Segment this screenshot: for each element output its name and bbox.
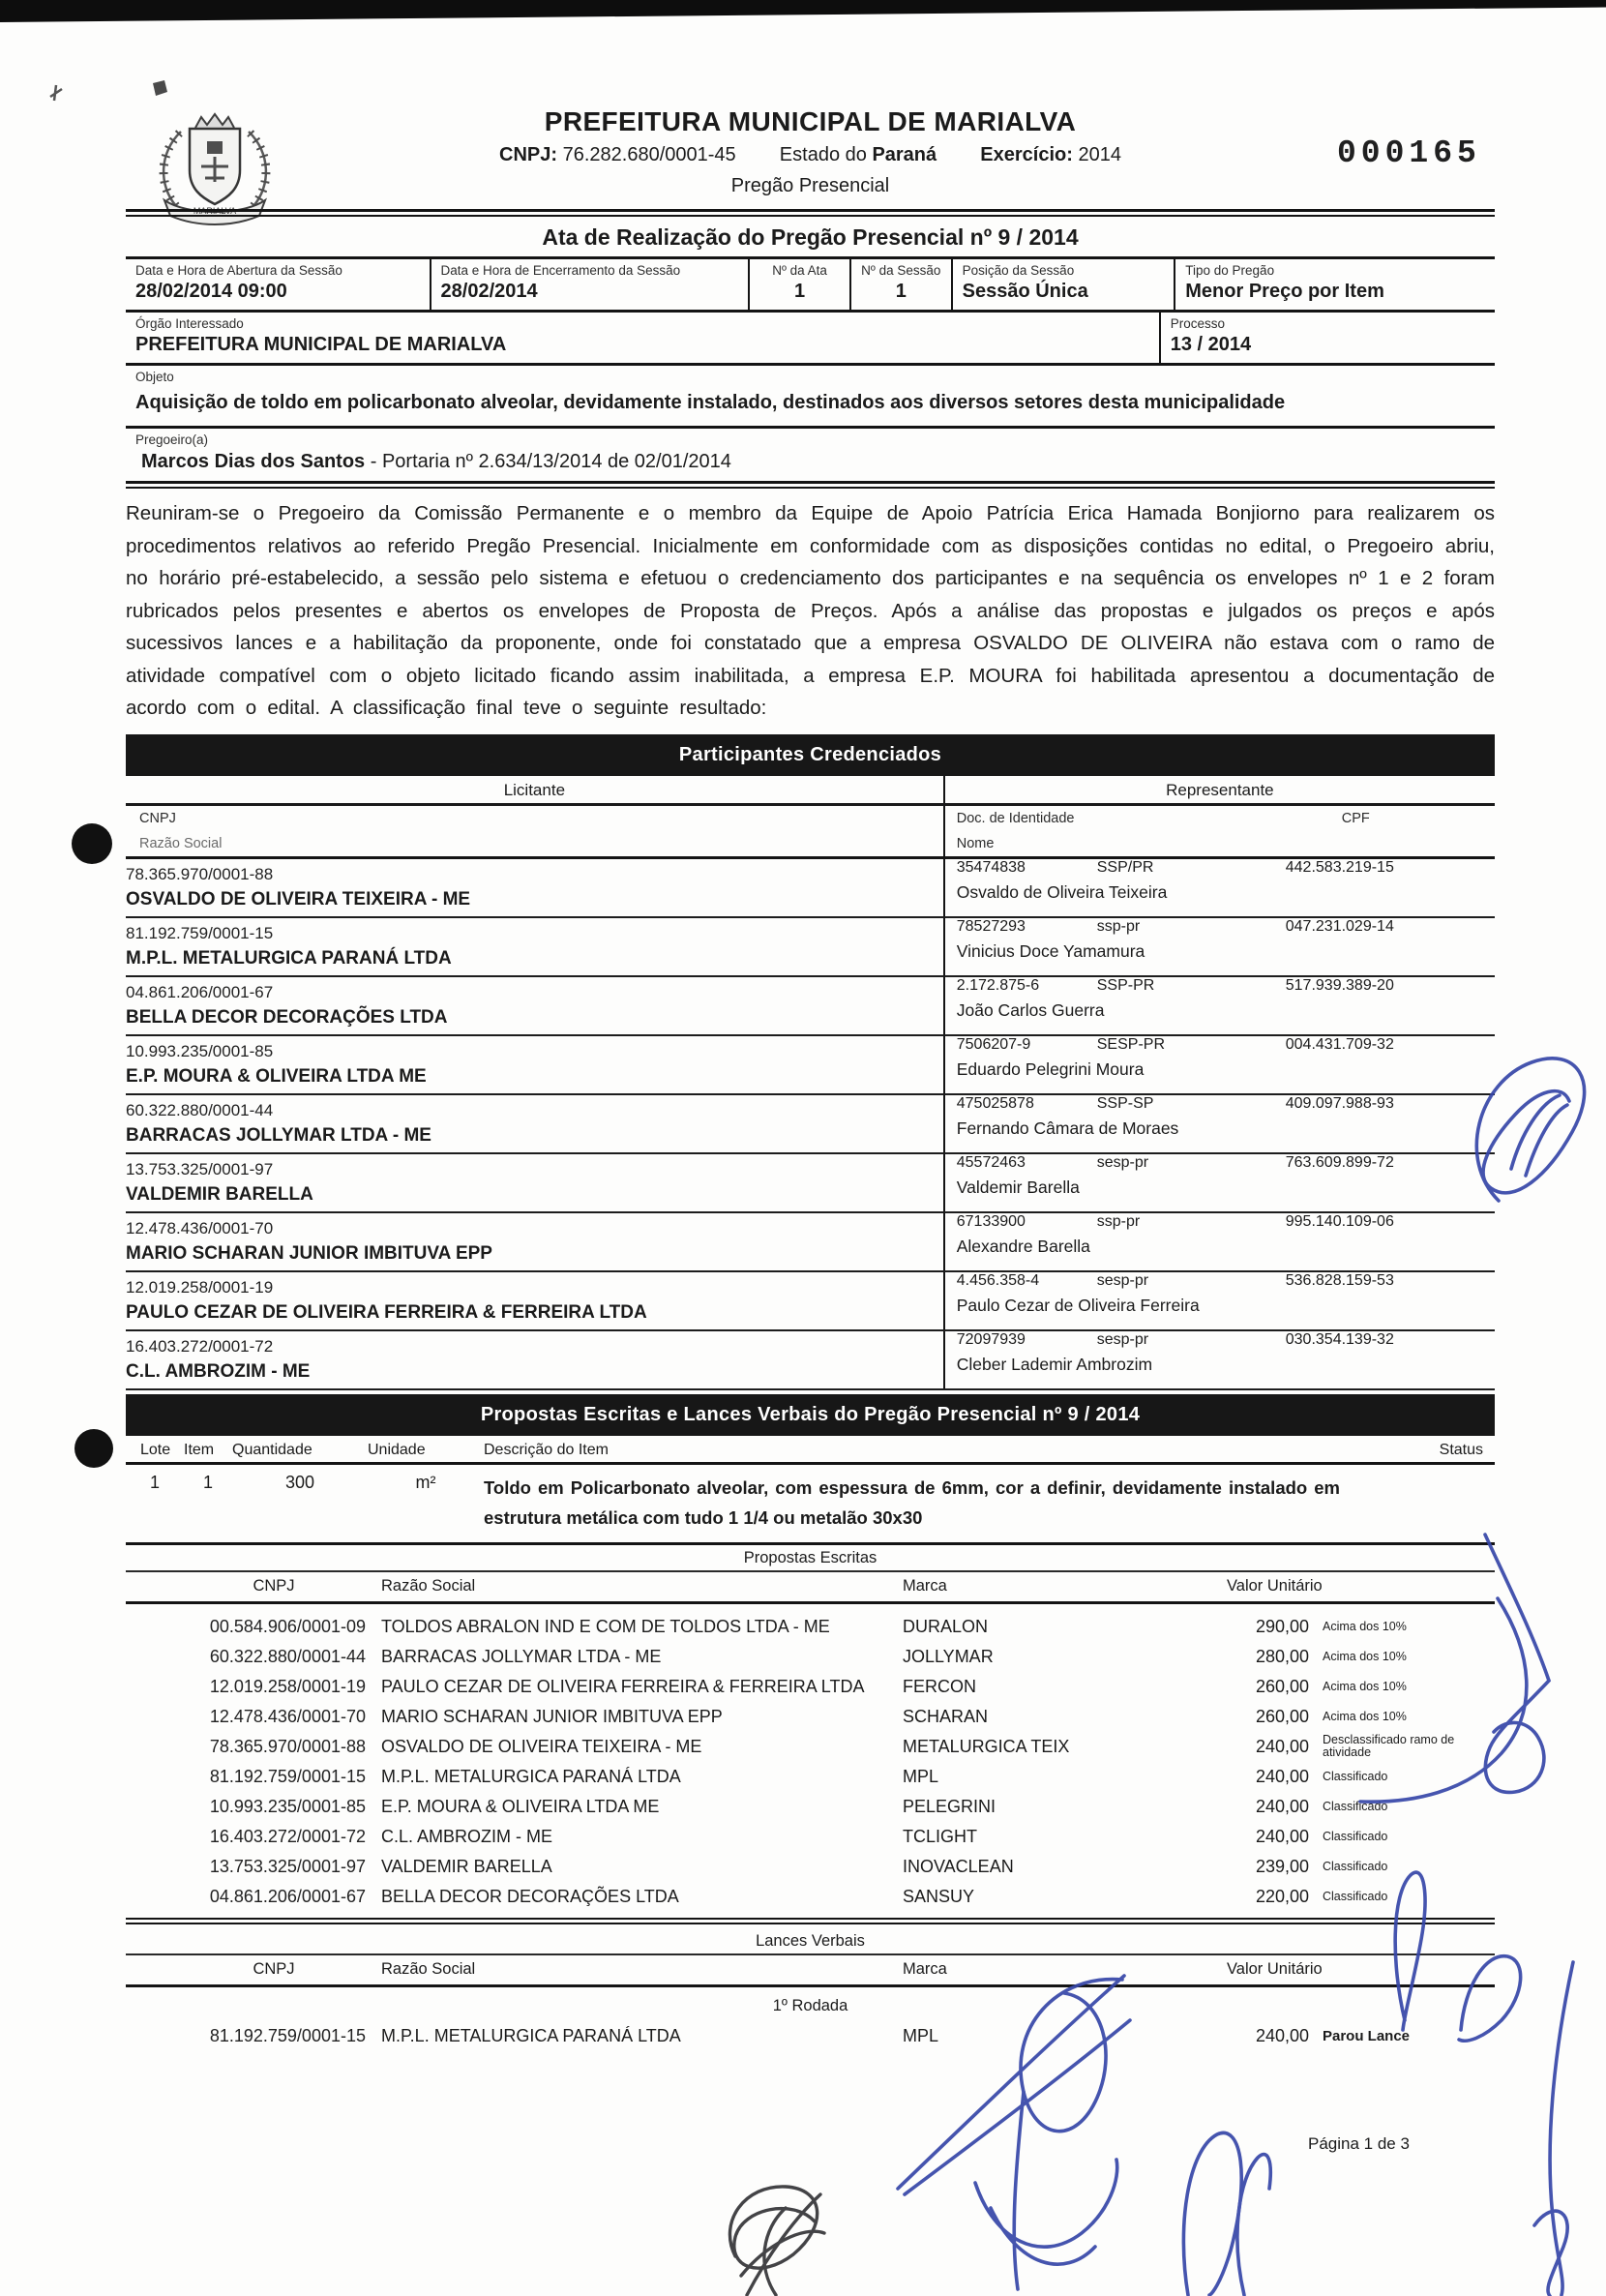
participant-cnpj: 13.753.325/0001-97 — [126, 1160, 943, 1179]
participant-razao-social: BELLA DECOR DECORAÇÕES LTDA — [126, 1007, 943, 1029]
proposta-valor: 260,00 — [1145, 1702, 1309, 1732]
representative-cpf: 442.583.219-15 — [1286, 859, 1495, 877]
representative-doc-org: sesp-pr — [1097, 1331, 1286, 1349]
nome-col-label: Nome — [945, 831, 1495, 856]
proposta-marca: PELEGRINI — [903, 1792, 1145, 1822]
participant-cnpj: 16.403.272/0001-72 — [126, 1337, 943, 1357]
proposta-row: 60.322.880/0001-44 BARRACAS JOLLYMAR LTD… — [126, 1642, 1495, 1672]
participant-razao-social: M.P.L. METALURGICA PARANÁ LTDA — [126, 948, 943, 969]
representative-doc: 4.456.358-4 — [957, 1272, 1097, 1290]
representative-doc-org: ssp-pr — [1097, 1213, 1286, 1231]
proposta-row: 12.478.436/0001-70 MARIO SCHARAN JUNIOR … — [126, 1702, 1495, 1732]
escritas-header: CNPJ Razão Social Marca Valor Unitário — [126, 1572, 1495, 1604]
proposta-row: 10.993.235/0001-85 E.P. MOURA & OLIVEIRA… — [126, 1792, 1495, 1822]
ata-title: Ata de Realização do Pregão Presencial n… — [126, 224, 1495, 251]
proposta-marca: JOLLYMAR — [903, 1642, 1145, 1672]
proposta-row: 00.584.906/0001-09 TOLDOS ABRALON IND E … — [126, 1612, 1495, 1642]
representative-doc-org: sesp-pr — [1097, 1154, 1286, 1172]
scan-speck — [50, 85, 62, 101]
proposta-marca: TCLIGHT — [903, 1822, 1145, 1852]
participant-row: 04.861.206/0001-67 BELLA DECOR DECORAÇÕE… — [126, 977, 1495, 1036]
proposta-razao: PAULO CEZAR DE OLIVEIRA FERREIRA & FERRE… — [366, 1672, 903, 1702]
field-orgao: Órgão Interessado PREFEITURA MUNICIPAL D… — [126, 313, 1161, 363]
cnpj-value: 76.282.680/0001-45 — [563, 144, 736, 165]
descricao-label: Descrição do Item — [484, 1442, 1408, 1459]
proposta-row: 04.861.206/0001-67 BELLA DECOR DECORAÇÕE… — [126, 1882, 1495, 1912]
signature-ink-black — [729, 2187, 824, 2295]
proposta-row: 16.403.272/0001-72 C.L. AMBROZIM - ME TC… — [126, 1822, 1495, 1852]
lance-cnpj: 81.192.759/0001-15 — [182, 2021, 366, 2051]
proposta-status: Acima dos 10% — [1309, 1711, 1495, 1723]
proposta-marca: SCHARAN — [903, 1702, 1145, 1732]
modalidade-subtitle: Pregão Presencial — [126, 175, 1495, 197]
cnpj-label: CNPJ: — [499, 144, 557, 165]
proposta-valor: 260,00 — [1145, 1672, 1309, 1702]
proposals-banner: Propostas Escritas e Lances Verbais do P… — [126, 1394, 1495, 1436]
participant-cnpj: 10.993.235/0001-85 — [126, 1042, 943, 1061]
participants-rows: 78.365.970/0001-88 OSVALDO DE OLIVEIRA T… — [126, 859, 1495, 1390]
item-quantidade: 300 — [232, 1473, 368, 1533]
proposta-cnpj: 60.322.880/0001-44 — [182, 1642, 366, 1672]
proposta-row: 13.753.325/0001-97 VALDEMIR BARELLA INOV… — [126, 1852, 1495, 1882]
field-encerramento: Data e Hora de Encerramento da Sessão 28… — [431, 259, 751, 310]
proposta-valor: 240,00 — [1145, 1732, 1309, 1762]
proposta-status: Acima dos 10% — [1309, 1681, 1495, 1693]
representative-name: Alexandre Barella — [945, 1231, 1495, 1261]
representative-name: João Carlos Guerra — [945, 995, 1495, 1025]
scanned-document-page: 000165 MARIALVA PREFEITURA MUNICIPAL DE … — [0, 0, 1606, 2296]
representative-doc-org: sesp-pr — [1097, 1272, 1286, 1290]
item-descricao: Toldo em Policarbonato alveolar, com esp… — [484, 1473, 1340, 1533]
proposta-valor: 280,00 — [1145, 1642, 1309, 1672]
document-header: PREFEITURA MUNICIPAL DE MARIALVA CNPJ: 7… — [126, 0, 1495, 197]
participant-razao-social: MARIO SCHARAN JUNIOR IMBITUVA EPP — [126, 1243, 943, 1265]
ata-form-table: Data e Hora de Abertura da Sessão 28/02/… — [126, 256, 1495, 489]
participant-row: 10.993.235/0001-85 E.P. MOURA & OLIVEIRA… — [126, 1036, 1495, 1095]
participant-row: 13.753.325/0001-97 VALDEMIR BARELLA 4557… — [126, 1154, 1495, 1213]
cnpj-col-label: CNPJ — [139, 806, 943, 831]
escritas-razao-label: Razão Social — [366, 1577, 903, 1595]
proposta-status: Classificado — [1309, 1801, 1495, 1813]
proposta-cnpj: 00.584.906/0001-09 — [182, 1612, 366, 1642]
representative-cpf: 030.354.139-32 — [1286, 1331, 1495, 1349]
participant-row: 60.322.880/0001-44 BARRACAS JOLLYMAR LTD… — [126, 1095, 1495, 1154]
representative-doc-org: SSP-PR — [1097, 977, 1286, 995]
representative-name: Valdemir Barella — [945, 1172, 1495, 1202]
proposta-cnpj: 78.365.970/0001-88 — [182, 1732, 366, 1762]
participant-razao-social: C.L. AMBROZIM - ME — [126, 1361, 943, 1383]
proposta-valor: 239,00 — [1145, 1852, 1309, 1882]
lances-header: CNPJ Razão Social Marca Valor Unitário — [126, 1955, 1495, 1987]
participants-column-header: CNPJ Razão Social Doc. de Identidade CPF… — [126, 806, 1495, 859]
proposta-razao: OSVALDO DE OLIVEIRA TEIXEIRA - ME — [366, 1732, 903, 1762]
proposta-cnpj: 12.478.436/0001-70 — [182, 1702, 366, 1732]
representative-doc: 35474838 — [957, 859, 1097, 877]
proposta-valor: 240,00 — [1145, 1762, 1309, 1792]
lance-razao: M.P.L. METALURGICA PARANÁ LTDA — [366, 2021, 903, 2051]
proposta-marca: SANSUY — [903, 1882, 1145, 1912]
item-table-header: Lote Item Quantidade Unidade Descrição d… — [126, 1436, 1495, 1465]
lances-razao-label: Razão Social — [366, 1960, 903, 1979]
cpf-col-label: CPF — [1286, 806, 1495, 831]
participant-cnpj: 81.192.759/0001-15 — [126, 924, 943, 943]
representative-name: Vinicius Doce Yamamura — [945, 936, 1495, 966]
item-lote: 1 — [126, 1473, 184, 1533]
representative-doc-org: SSP/PR — [1097, 859, 1286, 877]
representative-doc: 475025878 — [957, 1095, 1097, 1113]
quantidade-label: Quantidade — [232, 1442, 368, 1459]
representative-doc: 78527293 — [957, 918, 1097, 936]
status-label: Status — [1408, 1442, 1495, 1459]
proposta-razao: MARIO SCHARAN JUNIOR IMBITUVA EPP — [366, 1702, 903, 1732]
representative-name: Eduardo Pelegrini Moura — [945, 1054, 1495, 1084]
representative-doc-org: ssp-pr — [1097, 918, 1286, 936]
participant-razao-social: BARRACAS JOLLYMAR LTDA - ME — [126, 1125, 943, 1147]
proposta-status: Acima dos 10% — [1309, 1651, 1495, 1663]
proposta-status: Classificado — [1309, 1771, 1495, 1783]
participant-cnpj: 12.019.258/0001-19 — [126, 1278, 943, 1297]
participant-row: 78.365.970/0001-88 OSVALDO DE OLIVEIRA T… — [126, 859, 1495, 918]
proposta-razao: BARRACAS JOLLYMAR LTDA - ME — [366, 1642, 903, 1672]
escritas-subtitle: Propostas Escritas — [126, 1545, 1495, 1572]
proposta-cnpj: 04.861.206/0001-67 — [182, 1882, 366, 1912]
participant-row: 12.019.258/0001-19 PAULO CEZAR DE OLIVEI… — [126, 1272, 1495, 1331]
lance-status: Parou Lance — [1309, 2030, 1495, 2043]
proposta-status: Classificado — [1309, 1861, 1495, 1873]
rodada-label: 1º Rodada — [126, 1997, 1495, 2015]
page-number: Página 1 de 3 — [1308, 2134, 1410, 2154]
pregoeiro-nome: Marcos Dias dos Santos — [141, 451, 365, 472]
escritas-valor-label: Valor Unitário — [1145, 1577, 1495, 1595]
proposta-status: Classificado — [1309, 1891, 1495, 1903]
proposta-row: 12.019.258/0001-19 PAULO CEZAR DE OLIVEI… — [126, 1672, 1495, 1702]
field-objeto: Objeto Aquisição de toldo em policarbona… — [126, 366, 1495, 429]
item-row: 1 1 300 m² Toldo em Policarbonato alveol… — [126, 1465, 1495, 1545]
proposta-razao: E.P. MOURA & OLIVEIRA LTDA ME — [366, 1792, 903, 1822]
item-label: Item — [184, 1442, 232, 1459]
representative-doc: 45572463 — [957, 1154, 1097, 1172]
field-posicao-sessao: Posição da Sessão Sessão Única — [953, 259, 1176, 310]
participant-cnpj: 60.322.880/0001-44 — [126, 1101, 943, 1120]
representative-cpf: 517.939.389-20 — [1286, 977, 1495, 995]
participant-cnpj: 12.478.436/0001-70 — [126, 1219, 943, 1238]
representative-name: Fernando Câmara de Moraes — [945, 1113, 1495, 1143]
representative-name: Osvaldo de Oliveira Teixeira — [945, 877, 1495, 907]
proposta-status: Classificado — [1309, 1831, 1495, 1843]
field-tipo-pregao: Tipo do Pregão Menor Preço por Item — [1175, 259, 1495, 310]
lances-cnpj-label: CNPJ — [182, 1960, 366, 1979]
hole-punch-mark — [72, 823, 112, 864]
proposta-razao: BELLA DECOR DECORAÇÕES LTDA — [366, 1882, 903, 1912]
lance-row: 81.192.759/0001-15 M.P.L. METALURGICA PA… — [126, 2021, 1495, 2051]
proposta-row: 81.192.759/0001-15 M.P.L. METALURGICA PA… — [126, 1762, 1495, 1792]
representative-doc-org: SESP-PR — [1097, 1036, 1286, 1054]
proposta-razao: VALDEMIR BARELLA — [366, 1852, 903, 1882]
exercicio-value: 2014 — [1078, 144, 1121, 165]
representative-cpf: 995.140.109-06 — [1286, 1213, 1495, 1231]
proposta-marca: INOVACLEAN — [903, 1852, 1145, 1882]
hole-punch-mark — [74, 1429, 113, 1468]
representative-doc: 7506207-9 — [957, 1036, 1097, 1054]
estado-prefix: Estado do — [780, 144, 867, 165]
pregoeiro-portaria: - Portaria nº 2.634/13/2014 de 02/01/201… — [371, 451, 731, 472]
proposta-marca: MPL — [903, 1762, 1145, 1792]
lances-valor-label: Valor Unitário — [1145, 1960, 1495, 1979]
participant-razao-social: E.P. MOURA & OLIVEIRA LTDA ME — [126, 1066, 943, 1088]
proposta-valor: 240,00 — [1145, 1822, 1309, 1852]
participants-group-header: Licitante Representante — [126, 776, 1495, 806]
participant-row: 12.478.436/0001-70 MARIO SCHARAN JUNIOR … — [126, 1213, 1495, 1272]
proposta-cnpj: 81.192.759/0001-15 — [182, 1762, 366, 1792]
razao-col-label: Razão Social — [139, 831, 943, 856]
doc-col-label: Doc. de Identidade — [957, 806, 1286, 831]
representative-cpf: 004.431.709-32 — [1286, 1036, 1495, 1054]
exercicio-label: Exercício: — [980, 144, 1073, 165]
field-abertura: Data e Hora de Abertura da Sessão 28/02/… — [126, 259, 431, 310]
participant-razao-social: OSVALDO DE OLIVEIRA TEIXEIRA - ME — [126, 889, 943, 910]
proposta-marca: DURALON — [903, 1612, 1145, 1642]
proposta-status: Acima dos 10% — [1309, 1621, 1495, 1633]
field-pregoeiro: Pregoeiro(a) Marcos Dias dos Santos - Po… — [126, 429, 1495, 481]
proposta-row: 78.365.970/0001-88 OSVALDO DE OLIVEIRA T… — [126, 1732, 1495, 1762]
representative-name: Cleber Lademir Ambrozim — [945, 1349, 1495, 1379]
item-unidade: m² — [368, 1473, 484, 1533]
header-divider — [126, 209, 1495, 217]
participant-razao-social: VALDEMIR BARELLA — [126, 1184, 943, 1206]
lances-marca-label: Marca — [903, 1960, 1145, 1979]
lance-marca: MPL — [903, 2021, 1145, 2051]
ata-form-row-1: Data e Hora de Abertura da Sessão 28/02/… — [126, 259, 1495, 313]
proposta-valor: 290,00 — [1145, 1612, 1309, 1642]
representative-doc-org: SSP-SP — [1097, 1095, 1286, 1113]
field-numero-ata: Nº da Ata 1 — [750, 259, 851, 310]
lances-rows: 81.192.759/0001-15 M.P.L. METALURGICA PA… — [126, 2021, 1495, 2051]
field-numero-sessao: Nº da Sessão 1 — [851, 259, 953, 310]
participant-row: 81.192.759/0001-15 M.P.L. METALURGICA PA… — [126, 918, 1495, 977]
escritas-marca-label: Marca — [903, 1577, 1145, 1595]
participants-banner: Participantes Credenciados — [126, 734, 1495, 776]
participant-cnpj: 04.861.206/0001-67 — [126, 983, 943, 1002]
participant-razao-social: PAULO CEZAR DE OLIVEIRA FERREIRA & FERRE… — [126, 1302, 943, 1324]
proposta-marca: FERCON — [903, 1672, 1145, 1702]
proposta-razao: M.P.L. METALURGICA PARANÁ LTDA — [366, 1762, 903, 1792]
ata-form-row-2: Órgão Interessado PREFEITURA MUNICIPAL D… — [126, 313, 1495, 366]
representative-cpf: 536.828.159-53 — [1286, 1272, 1495, 1290]
proposta-razao: TOLDOS ABRALON IND E COM DE TOLDOS LTDA … — [366, 1612, 903, 1642]
estado-value: Paraná — [872, 144, 937, 165]
escritas-rows: 00.584.906/0001-09 TOLDOS ABRALON IND E … — [126, 1604, 1495, 1918]
proposta-status: Desclassificado ramo de atividade — [1309, 1734, 1495, 1759]
proposta-cnpj: 10.993.235/0001-85 — [182, 1792, 366, 1822]
representative-name: Paulo Cezar de Oliveira Ferreira — [945, 1290, 1495, 1320]
entity-subtitle-line: CNPJ: 76.282.680/0001-45 Estado do Paran… — [126, 144, 1495, 166]
lances-subtitle: Lances Verbais — [126, 1928, 1495, 1955]
proposta-razao: C.L. AMBROZIM - ME — [366, 1822, 903, 1852]
proposta-cnpj: 16.403.272/0001-72 — [182, 1822, 366, 1852]
proposta-marca: METALURGICA TEIX — [903, 1732, 1145, 1762]
item-numero: 1 — [184, 1473, 232, 1533]
lance-valor: 240,00 — [1145, 2021, 1309, 2051]
licitante-header: Licitante — [126, 776, 943, 803]
representative-doc: 2.172.875-6 — [957, 977, 1097, 995]
entity-title: PREFEITURA MUNICIPAL DE MARIALVA — [126, 106, 1495, 137]
proposta-cnpj: 12.019.258/0001-19 — [182, 1672, 366, 1702]
field-processo: Processo 13 / 2014 — [1161, 313, 1495, 363]
proposta-valor: 220,00 — [1145, 1882, 1309, 1912]
escritas-bottom-divider — [126, 1918, 1495, 1924]
representative-cpf: 047.231.029-14 — [1286, 918, 1495, 936]
form-bottom-divider — [126, 481, 1495, 489]
representative-doc: 72097939 — [957, 1331, 1097, 1349]
proposta-valor: 240,00 — [1145, 1792, 1309, 1822]
representative-cpf: 763.609.899-72 — [1286, 1154, 1495, 1172]
session-narrative: Reuniram-se o Pregoeiro da Comissão Perm… — [126, 497, 1495, 725]
lote-label: Lote — [126, 1442, 184, 1459]
representante-header: Representante — [943, 776, 1495, 803]
unidade-label: Unidade — [368, 1442, 484, 1459]
escritas-cnpj-label: CNPJ — [182, 1577, 366, 1595]
participants-table: Licitante Representante CNPJ Razão Socia… — [126, 776, 1495, 1390]
participant-cnpj: 78.365.970/0001-88 — [126, 865, 943, 884]
participant-row: 16.403.272/0001-72 C.L. AMBROZIM - ME 72… — [126, 1331, 1495, 1390]
proposta-cnpj: 13.753.325/0001-97 — [182, 1852, 366, 1882]
representative-doc: 67133900 — [957, 1213, 1097, 1231]
representative-cpf: 409.097.988-93 — [1286, 1095, 1495, 1113]
